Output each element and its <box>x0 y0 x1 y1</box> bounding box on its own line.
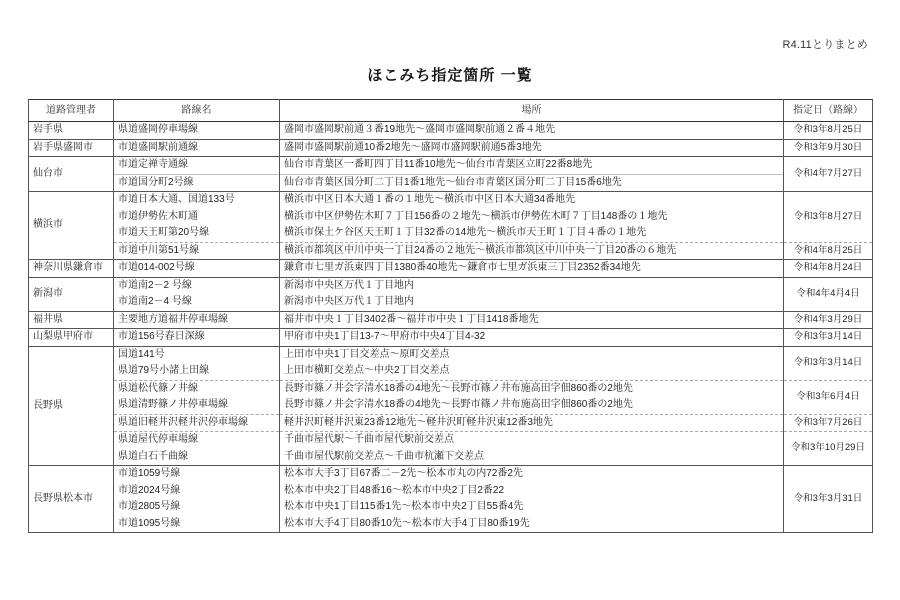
manager-cell: 神奈川県鎌倉市 <box>29 260 114 278</box>
date-cell: 令和3年8月27日 <box>784 192 873 243</box>
manager-cell: 長野県松本市 <box>29 466 114 533</box>
table-row: 県道白石千曲線千曲市屋代駅前交差点～千曲市杭瀬下交差点 <box>29 449 873 466</box>
location-cell: 横浜市保土ケ谷区天王町１丁目32番の14地先～横浜市天王町１丁目４番の１地先 <box>280 225 784 242</box>
table-row: 県道旧軽井沢軽井沢停車場線軽井沢町軽井沢東23番12地先～軽井沢町軽井沢東12番… <box>29 414 873 432</box>
hokomichi-table: 道路管理者 路線名 場所 指定日（路線） 岩手県県道盛岡停車場線盛岡市盛岡駅前通… <box>28 99 873 533</box>
table-row: 仙台市市道定禅寺通線仙台市青葉区一番町四丁目11番10地先～仙台市青葉区立町22… <box>29 157 873 175</box>
page-title: ほこみち指定箇所 一覧 <box>0 64 900 85</box>
column-header-route-name: 路線名 <box>114 100 280 122</box>
document-page: R4.11とりまとめ ほこみち指定箇所 一覧 道路管理者 路線名 場所 指定日（… <box>0 0 900 600</box>
table-row: 県道清野篠ノ井停車場線長野市篠ノ井会字清水18番の4地先～長野市篠ノ井布施高田字… <box>29 397 873 414</box>
manager-cell: 長野県 <box>29 346 114 466</box>
date-cell: 令和3年3月14日 <box>784 329 873 347</box>
location-cell: 仙台市青葉区国分町二丁目1番1地先～仙台市青葉区国分町二丁目15番6地先 <box>280 174 784 192</box>
date-cell <box>784 533 873 534</box>
date-cell: 令和4年3月29日 <box>784 311 873 329</box>
table-row: 市道1095号線松本市大手4丁目80番10先～松本市大手4丁目80番19先 <box>29 516 873 533</box>
location-cell: 長野市篠ノ井会字清水18番の4地先～長野市篠ノ井布施高田字佃860番の2地先 <box>280 397 784 414</box>
route-cell: 市道1059号線 <box>114 466 280 483</box>
location-cell: 上田市横町交差点～中央2丁目交差点 <box>280 363 784 380</box>
location-cell: 仙台市青葉区一番町四丁目11番10地先～仙台市青葉区立町22番8地先 <box>280 157 784 175</box>
date-cell: 令和3年8月25日 <box>784 122 873 140</box>
table-row: 市道国分町2号線仙台市青葉区国分町二丁目1番1地先～仙台市青葉区国分町二丁目15… <box>29 174 873 192</box>
table-header-row: 道路管理者 路線名 場所 指定日（路線） <box>29 100 873 122</box>
table-clip-area: 道路管理者 路線名 場所 指定日（路線） 岩手県県道盛岡停車場線盛岡市盛岡駅前通… <box>28 99 874 533</box>
location-cell: 千曲市屋代駅前交差点～千曲市杭瀬下交差点 <box>280 449 784 466</box>
table-row: 県道79号小諸上田線上田市横町交差点～中央2丁目交差点 <box>29 363 873 380</box>
route-cell: 主要地方道福井停車場線 <box>114 311 280 329</box>
date-cell: 令和4年7月27日 <box>784 157 873 192</box>
date-cell: 令和3年3月31日 <box>784 466 873 533</box>
table-row: 県道松代篠ノ井線長野市篠ノ井会字清水18番の4地先～長野市篠ノ井布施高田字佃86… <box>29 380 873 397</box>
table-row: 市道中川第51号線横浜市都筑区中川中央一丁目24番の２地先～横浜市都筑区中川中央… <box>29 242 873 260</box>
manager-cell: 横浜市 <box>29 192 114 260</box>
route-cell: 県道白石千曲線 <box>114 449 280 466</box>
column-header-road-manager: 道路管理者 <box>29 100 114 122</box>
location-cell: 長野市篠ノ井会字清水18番の4地先～長野市篠ノ井布施高田字佃860番の2地先 <box>280 380 784 397</box>
date-cell: 令和4年8月24日 <box>784 260 873 278</box>
table-row: 市道南2－4 号線新潟市中央区万代１丁目地内 <box>29 294 873 311</box>
route-cell: 市道盛岡駅前通線 <box>114 139 280 157</box>
route-cell: 市道1095号線 <box>114 516 280 533</box>
table-row: 市道伊勢佐木町通横浜市中区伊勢佐木町７丁目156番の２地先～横浜市伊勢佐木町７丁… <box>29 209 873 226</box>
route-cell: 県道清野篠ノ井停車場線 <box>114 397 280 414</box>
table-row: 福井県主要地方道福井停車場線福井市中央１丁目3402番～福井市中央１丁目1418… <box>29 311 873 329</box>
manager-cell: 岩手県盛岡市 <box>29 139 114 157</box>
date-cell: 令和3年7月26日 <box>784 414 873 432</box>
route-cell: 市道中川第51号線 <box>114 242 280 260</box>
date-cell: 令和3年6月4日 <box>784 380 873 414</box>
location-cell: 新潟市中央区万代１丁目地内 <box>280 294 784 311</box>
summary-note: R4.11とりまとめ <box>782 36 868 52</box>
table-row: 横浜市市道日本大通、国道133号横浜市中区日本大通１番の１地先～横浜市中区日本大… <box>29 192 873 209</box>
table-row: 市道天王町第20号線横浜市保土ケ谷区天王町１丁目32番の14地先～横浜市天王町１… <box>29 225 873 242</box>
table-row: 神奈川県鎌倉市市道014-002号線鎌倉市七里ガ浜東四丁目1380番40地先～鎌… <box>29 260 873 278</box>
table-row: 県道屋代停車場線千曲市屋代駅～千曲市屋代駅前交差点令和3年10月29日 <box>29 432 873 449</box>
route-cell: 市道南2－4 号線 <box>114 294 280 311</box>
date-cell: 令和4年8月25日 <box>784 242 873 260</box>
route-cell: 市道南2－2 号線 <box>114 277 280 294</box>
location-cell: 千曲市屋代駅～千曲市屋代駅前交差点 <box>280 432 784 449</box>
location-cell: 松本市大手3丁目67番二－2先～松本市丸の内72番2先 <box>280 466 784 483</box>
manager-cell: 仙台市 <box>29 157 114 192</box>
route-cell: 県道盛岡停車場線 <box>114 122 280 140</box>
table-row: 岩手県県道盛岡停車場線盛岡市盛岡駅前通３番19地先～盛岡市盛岡駅前通２番４地先令… <box>29 122 873 140</box>
manager-cell <box>29 533 114 534</box>
date-cell: 令和3年10月29日 <box>784 432 873 466</box>
location-cell: 松本市大手4丁目80番10先～松本市大手4丁目80番19先 <box>280 516 784 533</box>
column-header-location: 場所 <box>280 100 784 122</box>
location-cell: 甲府市中央1丁目13-7～甲府市中央4丁目4-32 <box>280 329 784 347</box>
route-cell: 国道141号 <box>114 346 280 363</box>
route-cell: 市道2024号線 <box>114 483 280 500</box>
route-cell: 市道014-002号線 <box>114 260 280 278</box>
manager-cell: 岩手県 <box>29 122 114 140</box>
location-cell: 岐阜市神田町6丁目1番地先～岐阜市神田町8丁目9番1地先 <box>280 533 784 534</box>
route-cell: 市道定禅寺通線 <box>114 157 280 175</box>
route-cell: 市道伊勢佐木町通 <box>114 209 280 226</box>
location-cell: 横浜市中区日本大通１番の１地先～横浜市中区日本大通34番地先 <box>280 192 784 209</box>
table-row: 新潟市市道南2－2 号線新潟市中央区万代１丁目地内令和4年4月4日 <box>29 277 873 294</box>
table-row: 岩手県盛岡市市道盛岡駅前通線盛岡市盛岡駅前通10番2地先～盛岡市盛岡駅前通5番3… <box>29 139 873 157</box>
route-cell: 県道旧軽井沢軽井沢停車場線 <box>114 414 280 432</box>
table-row: 国道157号岐阜市神田町6丁目1番地先～岐阜市神田町8丁目9番1地先 <box>29 533 873 534</box>
table-row: 長野県国道141号上田市中央1丁目交差点～原町交差点令和3年3月14日 <box>29 346 873 363</box>
table-row: 市道2805号線松本市中央1丁目115番1先～松本市中央2丁目55番4先 <box>29 499 873 516</box>
location-cell: 松本市中央1丁目115番1先～松本市中央2丁目55番4先 <box>280 499 784 516</box>
route-cell: 市道天王町第20号線 <box>114 225 280 242</box>
location-cell: 新潟市中央区万代１丁目地内 <box>280 277 784 294</box>
route-cell: 市道日本大通、国道133号 <box>114 192 280 209</box>
location-cell: 横浜市都筑区中川中央一丁目24番の２地先～横浜市都筑区中川中央一丁目20番の６地… <box>280 242 784 260</box>
manager-cell: 新潟市 <box>29 277 114 311</box>
table-body: 岩手県県道盛岡停車場線盛岡市盛岡駅前通３番19地先～盛岡市盛岡駅前通２番４地先令… <box>29 122 873 534</box>
table-row: 市道2024号線松本市中央2丁目48番16～松本市中央2丁目2番22 <box>29 483 873 500</box>
location-cell: 上田市中央1丁目交差点～原町交差点 <box>280 346 784 363</box>
date-cell: 令和4年4月4日 <box>784 277 873 311</box>
route-cell: 国道157号 <box>114 533 280 534</box>
route-cell: 県道79号小諸上田線 <box>114 363 280 380</box>
table-row: 山梨県甲府市市道156号春日深線甲府市中央1丁目13-7～甲府市中央4丁目4-3… <box>29 329 873 347</box>
manager-cell: 福井県 <box>29 311 114 329</box>
table-row: 長野県松本市市道1059号線松本市大手3丁目67番二－2先～松本市丸の内72番2… <box>29 466 873 483</box>
location-cell: 松本市中央2丁目48番16～松本市中央2丁目2番22 <box>280 483 784 500</box>
route-cell: 県道松代篠ノ井線 <box>114 380 280 397</box>
route-cell: 市道156号春日深線 <box>114 329 280 347</box>
route-cell: 県道屋代停車場線 <box>114 432 280 449</box>
column-header-designation-date: 指定日（路線） <box>784 100 873 122</box>
date-cell: 令和3年3月14日 <box>784 346 873 380</box>
location-cell: 盛岡市盛岡駅前通10番2地先～盛岡市盛岡駅前通5番3地先 <box>280 139 784 157</box>
manager-cell: 山梨県甲府市 <box>29 329 114 347</box>
location-cell: 鎌倉市七里ガ浜東四丁目1380番40地先～鎌倉市七里ガ浜東三丁目2352番34地… <box>280 260 784 278</box>
route-cell: 市道2805号線 <box>114 499 280 516</box>
location-cell: 横浜市中区伊勢佐木町７丁目156番の２地先～横浜市伊勢佐木町７丁目148番の１地… <box>280 209 784 226</box>
location-cell: 盛岡市盛岡駅前通３番19地先～盛岡市盛岡駅前通２番４地先 <box>280 122 784 140</box>
location-cell: 軽井沢町軽井沢東23番12地先～軽井沢町軽井沢東12番3地先 <box>280 414 784 432</box>
route-cell: 市道国分町2号線 <box>114 174 280 192</box>
date-cell: 令和3年9月30日 <box>784 139 873 157</box>
location-cell: 福井市中央１丁目3402番～福井市中央１丁目1418番地先 <box>280 311 784 329</box>
